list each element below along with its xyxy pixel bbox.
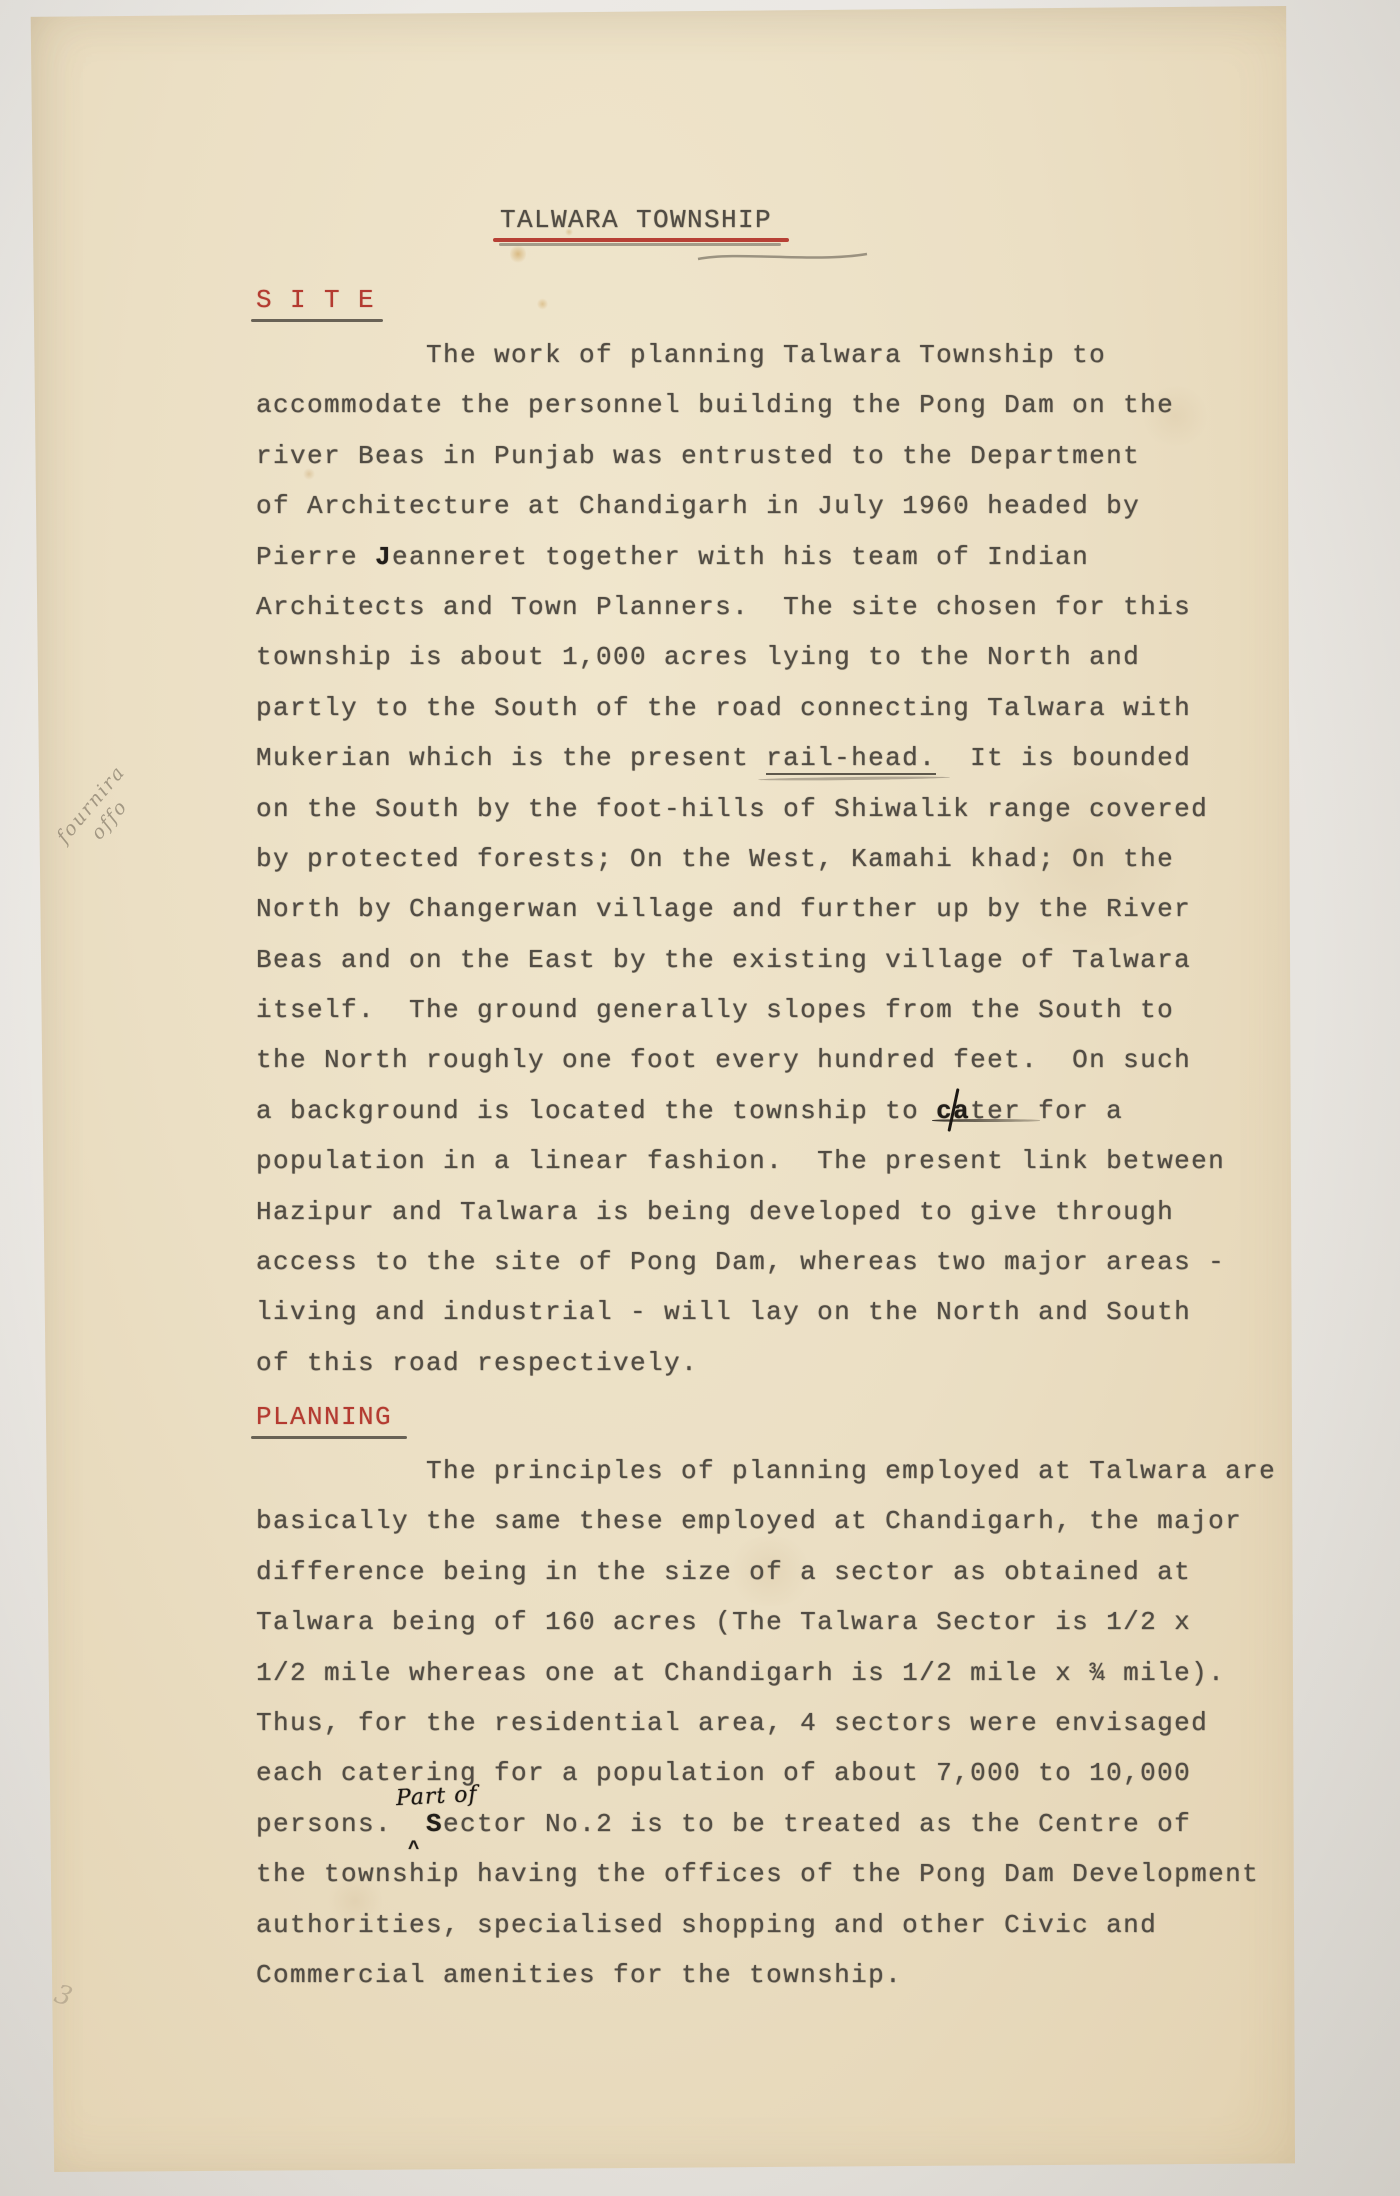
margin-pencil-note: fournira offo xyxy=(51,760,149,863)
typed-line: authorities, specialised shopping and ot… xyxy=(256,1900,1276,1950)
typed-line: basically the same these employed at Cha… xyxy=(256,1496,1276,1546)
handwritten-insertion: Part of xyxy=(395,1770,479,1825)
typed-line: Commercial amenities for the township. xyxy=(256,1950,1276,2000)
ink-overwrite: J xyxy=(375,542,392,572)
typed-line: living and industrial - will lay on the … xyxy=(256,1287,1225,1337)
line-text: eanneret together with his team of India… xyxy=(392,542,1089,572)
typed-line: Thus, for the residential area, 4 sector… xyxy=(256,1698,1276,1748)
site-paragraph: The work of planning Talwara Township to… xyxy=(256,330,1225,1388)
stain-spot xyxy=(537,298,548,310)
typed-line: the North roughly one foot every hundred… xyxy=(256,1035,1225,1085)
planning-heading-underline xyxy=(251,1436,407,1439)
section-heading-planning: PLANNING xyxy=(256,1402,392,1432)
ink-correction: ca xyxy=(936,1096,970,1126)
typed-line: of Architecture at Chandigarh in July 19… xyxy=(256,481,1225,531)
typed-line: Beas and on the East by the existing vil… xyxy=(256,935,1225,985)
line-text: Mukerian which is the present xyxy=(256,743,766,773)
line-text: It is bounded xyxy=(936,743,1191,773)
line-text: a background is located the township to xyxy=(256,1096,936,1126)
stain-spot xyxy=(510,244,526,264)
typed-line: The principles of planning employed at T… xyxy=(256,1446,1276,1496)
planning-paragraph: The principles of planning employed at T… xyxy=(256,1446,1276,2000)
title-dark-underline xyxy=(499,243,781,246)
typed-line: population in a linear fashion. The pres… xyxy=(256,1136,1225,1186)
typed-line: The work of planning Talwara Township to xyxy=(256,330,1225,380)
insertion-caret: ^ xyxy=(408,1824,421,1874)
typed-line: partly to the South of the road connecti… xyxy=(256,683,1225,733)
typed-line: difference being in the size of a sector… xyxy=(256,1547,1276,1597)
site-heading-underline xyxy=(251,319,383,322)
typed-line: Hazipur and Talwara is being developed t… xyxy=(256,1187,1225,1237)
typed-line-insertion: persons. Sector No.2 is to be treated as… xyxy=(256,1799,1276,1849)
title-red-underline xyxy=(493,238,789,242)
typed-line: on the South by the foot-hills of Shiwal… xyxy=(256,784,1225,834)
typed-line: Talwara being of 160 acres (The Talwara … xyxy=(256,1597,1276,1647)
document-title: TALWARA TOWNSHIP xyxy=(500,205,772,235)
typed-line: township is about 1,000 acres lying to t… xyxy=(256,632,1225,682)
line-text: Pierre xyxy=(256,542,375,572)
typed-line: access to the site of Pong Dam, whereas … xyxy=(256,1237,1225,1287)
typed-line: North by Changerwan village and further … xyxy=(256,884,1225,934)
line-text: ector No.2 is to be treated as the Centr… xyxy=(443,1809,1191,1839)
typed-line: itself. The ground generally slopes from… xyxy=(256,985,1225,1035)
document-page: TALWARA TOWNSHIP S I T E The work of pla… xyxy=(25,6,1295,2172)
corner-pencil-mark: 3 xyxy=(51,1979,76,2013)
typed-line: 1/2 mile whereas one at Chandigarh is 1/… xyxy=(256,1648,1276,1698)
typed-line: Architects and Town Planners. The site c… xyxy=(256,582,1225,632)
underlined-word: rail-head. xyxy=(766,743,936,775)
typed-line: accommodate the personnel building the P… xyxy=(256,380,1225,430)
typed-line: of this road respectively. xyxy=(256,1338,1225,1388)
typed-line: by protected forests; On the West, Kamah… xyxy=(256,834,1225,884)
typed-line: river Beas in Punjab was entrusted to th… xyxy=(256,431,1225,481)
typed-line-pierre: Pierre Jeanneret together with his team … xyxy=(256,532,1225,582)
section-heading-site: S I T E xyxy=(256,285,375,315)
typed-line-railhead: Mukerian which is the present rail-head.… xyxy=(256,733,1225,783)
typed-line-correction: a background is located the township to … xyxy=(256,1086,1225,1136)
pencil-mark-under-title xyxy=(693,248,873,266)
